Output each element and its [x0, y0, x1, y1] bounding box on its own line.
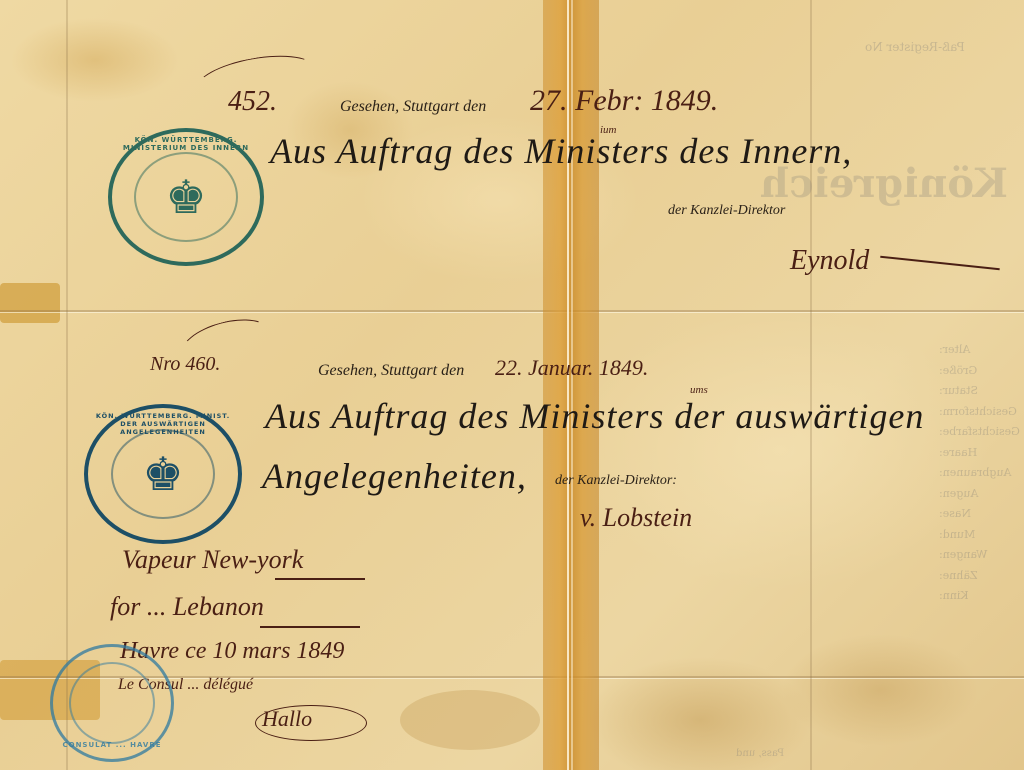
signature-flourish [255, 705, 367, 741]
fold-line [810, 0, 812, 770]
endorsement-date: 22. Januar. 1849. [495, 355, 648, 381]
fold-line [66, 0, 68, 770]
faded-label: Wangen: [939, 545, 1020, 566]
endorsement-date: 27. Febr: 1849. [530, 84, 718, 118]
chancellery-title: der Kanzlei-Direktor [668, 203, 785, 219]
director-signature: Eynold [790, 245, 869, 277]
authority-line-2: Angelegenheiten, [262, 455, 527, 497]
water-stain [0, 283, 60, 323]
seal-foreign-ministry: ♚ KÖN. WÜRTTEMBERG. MINIST. DER AUSWÄRTI… [84, 404, 242, 544]
seal-havre-consulate: CONSULAT ... HAVRE [50, 644, 174, 762]
faded-label: Zähne: [939, 566, 1020, 587]
faded-label: Statur: [939, 381, 1020, 402]
faded-label: Gesichtsform: [939, 402, 1020, 423]
seal-interior-ministry: ♚ KÖN. WÜRTTEMBERG. MINISTERIUM DES INNE… [108, 128, 264, 266]
authority-line-1: Aus Auftrag des Ministers der auswärtige… [265, 395, 924, 437]
faded-label: Kinn: [939, 586, 1020, 607]
faded-label: Alter: [939, 340, 1020, 361]
faded-label: Augen: [939, 484, 1020, 505]
destination-line: for ... Lebanon [110, 592, 264, 622]
interlinear-correction: ums [690, 384, 708, 396]
faded-label: Größe: [939, 361, 1020, 382]
faded-label: Nase: [939, 504, 1020, 525]
seen-prefix: Gesehen, Stuttgart den [318, 362, 464, 380]
faded-register-header: Paß-Register No [865, 40, 965, 54]
faded-label: Augbraunen: [939, 463, 1020, 484]
faded-footer-text: Pass, und [736, 748, 784, 759]
director-signature: v. Lobstein [580, 503, 692, 533]
authority-line: Aus Auftrag des Ministers des Innern, [270, 130, 852, 172]
seen-prefix: Gesehen, Stuttgart den [340, 98, 486, 116]
steamer-line: Vapeur New-york [122, 545, 303, 575]
water-stain [400, 690, 540, 750]
seal-inscription: KÖN. WÜRTTEMBERG. MINIST. DER AUSWÄRTIGE… [88, 412, 238, 436]
endorsement-number: 452. [228, 86, 277, 118]
chancellery-title: der Kanzlei-Direktor: [555, 473, 677, 489]
interlinear-correction: ium [600, 124, 617, 136]
faded-description-labels: Alter:Größe:Statur:Gesichtsform:Gesichts… [939, 340, 1020, 607]
fold-line [0, 310, 1024, 312]
underline [275, 578, 365, 580]
faded-label: Gesichtsfarbe: [939, 422, 1020, 443]
seal-inscription: KÖN. WÜRTTEMBERG. MINISTERIUM DES INNERN [112, 136, 260, 152]
faded-label: Mund: [939, 525, 1020, 546]
seal-inscription: CONSULAT ... HAVRE [53, 741, 171, 749]
endorsement-number: Nro 460. [150, 353, 220, 376]
underline [260, 626, 360, 628]
faded-label: Haare: [939, 443, 1020, 464]
